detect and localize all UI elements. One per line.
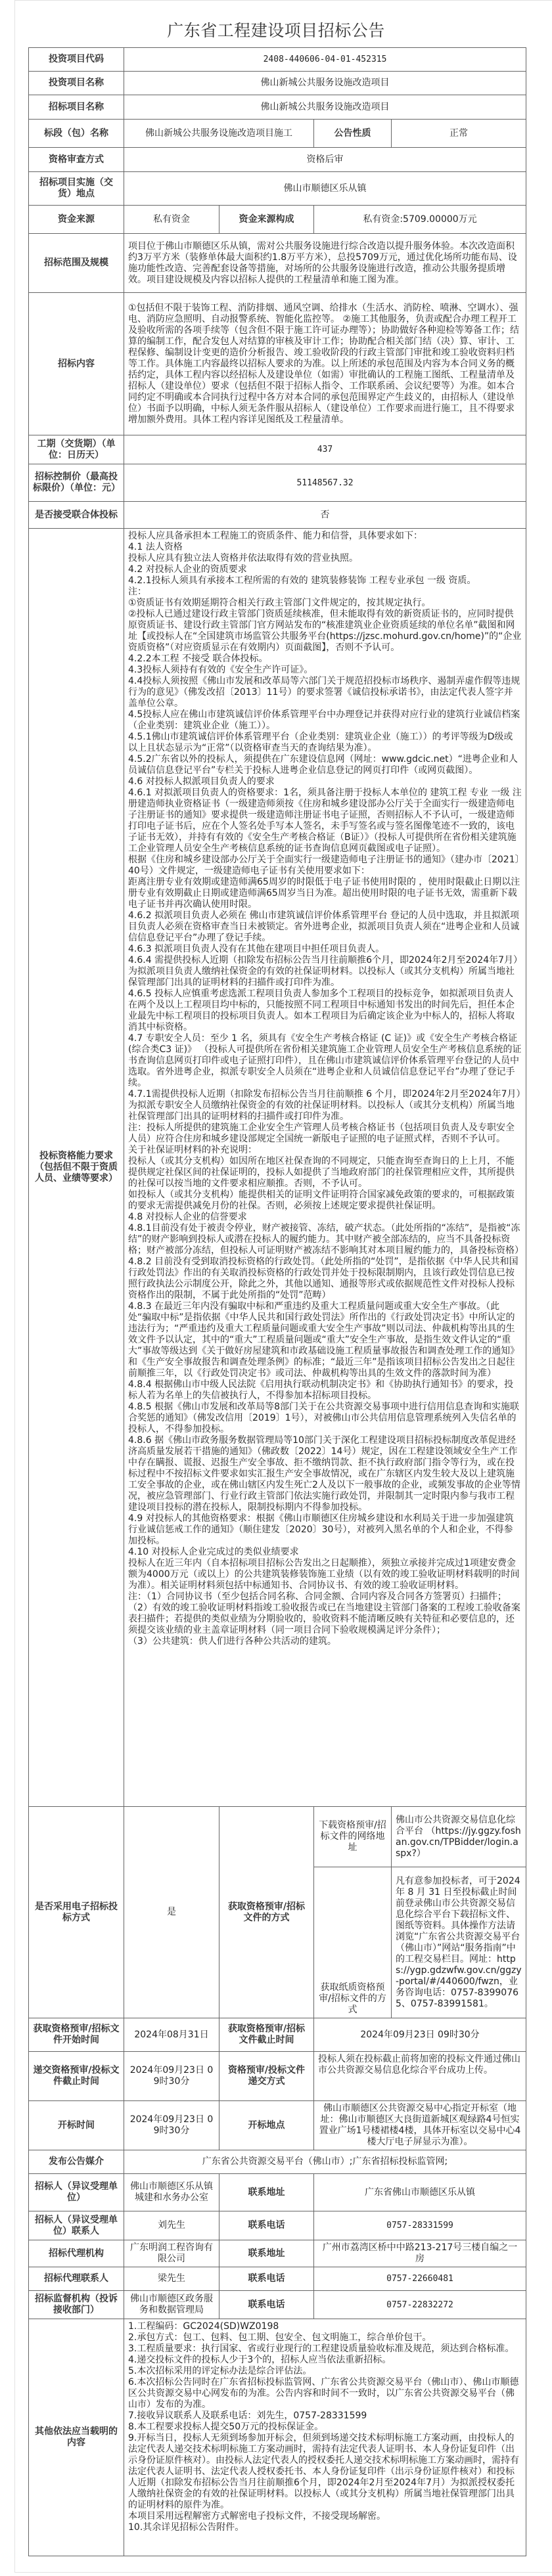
agency-phone-value: 0757-22660481 — [314, 2267, 526, 2291]
label: 标段（包）名称 — [29, 120, 124, 148]
label: 联系电话 — [219, 2267, 314, 2291]
paragraph: 如投标人（或其分支机构）能提供相关的证明文件证明符合国家减免政策的要求的，可根据… — [128, 1189, 522, 1212]
duration-value: 437 — [124, 435, 526, 464]
paragraph: 4.4投标人须按照《佛山市发展和改革局等六部门关于规范招投标市场秩序、遏制弄虚作… — [128, 676, 522, 709]
label: 获取资格预审/招标文件的方式 — [219, 1807, 314, 2018]
label: 招标项目名称 — [29, 95, 124, 120]
label: 招标项目实施（交货）地点 — [29, 172, 124, 206]
label: 资金来源构成 — [219, 206, 314, 234]
paragraph: 4.5.1佛山市建筑诚信评价体系管理平台（企业类别：建筑业企业（施工））的考评等… — [128, 732, 522, 754]
row-scope: 招标范围及规模 项目位于佛山市顺德区乐从镇，需对公共服务设施进行综合改造以提升服… — [29, 234, 526, 293]
opening-time-value: 2024年09月23日 09时30分 — [124, 2101, 219, 2150]
paragraph: 4.3投标人须持有有效的《安全生产许可证》。 — [128, 665, 522, 676]
paragraph: 4.6.5 投标人应慎重考虑选派工程项目负责人参加多个工程项目的投标竞争，如拟派… — [128, 988, 522, 1033]
requirements-paragraphs: 投标人应具备承担本工程施工的资质条件、能力和信誉，具体要求如下：4.1 法人资格… — [128, 531, 522, 1647]
paragraph: 4.2.2本工程 不接受 联合体投标。 — [128, 654, 522, 665]
paragraph: 注： — [128, 587, 522, 598]
download-address-value[interactable]: 佛山市公共资源交易信息化综合平台 （https://jy.ggzy.foshan… — [392, 1807, 526, 1867]
opening-place-value: 佛山市顺德区公共资源交易中心指定开标室（地址：佛山市顺德区大良街道新城区观绿路4… — [314, 2101, 526, 2150]
paragraph: 关于社保证明材料的补充说明： — [128, 1145, 522, 1156]
label: 资格审查方式 — [29, 148, 124, 172]
tenderer-address-value: 广东省佛山市顺德区乐从镇 — [314, 2174, 526, 2211]
paragraph: 根据《住房和城乡建设部办公厅关于全面实行一级建造师电子注册证书的通知》（建办市〔… — [128, 855, 522, 877]
paragraph: 8.本工程要求投标人提交50万元的投标保证金。 — [128, 2422, 522, 2433]
row-content: 招标内容 ①包括但不限于装饰工程、消防排烟、通风空调、给排水（生活水、消防栓、喷… — [29, 293, 526, 435]
paragraph: 9.开标当日，投标人无须到场参加开标会，但须到场递交技术标明标施工方案动画，由投… — [128, 2433, 522, 2511]
paragraph: 5.本次招标采用的评定标办法是综合评估法。 — [128, 2366, 522, 2377]
label: 投标资格能力要求（包括但不限于资质人员、业绩等要求） — [29, 529, 124, 1807]
row-consortium: 是否接受联合体投标 否 — [29, 502, 526, 529]
label: 资金来源 — [29, 206, 124, 234]
row-tender-project-name: 招标项目名称 佛山新城公共服务设施改造项目 — [29, 95, 526, 120]
other-paragraphs: 1.工程编码：GC2024(SD)WZ01982.承包方式：包工、包料、包工期、… — [128, 2321, 522, 2533]
agency-address-value: 广州市荔湾区桥中中路213-217号三楼自编之一房 — [314, 2240, 526, 2267]
row-project-name: 投资项目名称 佛山新城公共服务设施改造项目 — [29, 72, 526, 95]
tenderer-phone-value: 0757-28331599 — [314, 2211, 526, 2240]
paragraph: 4.5投标人应在佛山市建筑诚信评价体系管理平台中办理登记并获得对应行业的建筑行业… — [128, 709, 522, 732]
label: 公告性质 — [314, 120, 392, 148]
paragraph: 4.2.1投标人须具有承接本工程所需的有效的 建筑装修装饰 工程专业承包 一级 … — [128, 575, 522, 587]
label: 招标控制价（最高投标限价）（单位：元） — [29, 464, 124, 502]
paragraph: 6.本次招标公告同时在广东省招标投标监管网、广东省公共资源交易平台（佛山市）、佛… — [128, 2377, 522, 2410]
paragraph: 4.6.4 需提供投标人近期（扣除发布招标公告当月往前顺推6个月，即2024年2… — [128, 955, 522, 988]
label: 是否接受联合体投标 — [29, 502, 124, 529]
label: 获取资格预审/招标文件开始时间 — [29, 2018, 124, 2052]
paragraph: 4.6.2 拟派项目负责人必须在 佛山市建筑诚信评价体系管理平台 登记的人员中选… — [128, 910, 522, 944]
label: 工期（交货期）（单位：日历天） — [29, 435, 124, 464]
label: 开标地点 — [219, 2101, 314, 2150]
paragraph: 10.其余详见招标公告附件。 — [128, 2522, 522, 2533]
tenderer-contact-value: 刘先生 — [124, 2211, 219, 2240]
tender-notice-table: 投资项目代码 2408-440606-04-01-452315 投资项目名称 佛… — [28, 47, 526, 2556]
tender-project-name-value: 佛山新城公共服务设施改造项目 — [124, 95, 526, 120]
paragraph: 4.2 对投标人企业的资质要求 — [128, 564, 522, 575]
paragraph: 4.5.2广东省以外的投标人，须提供在广东建设信息网（网址：www.gdcic.… — [128, 754, 522, 776]
paragraph: 4.8.6 据《佛山市政务服务数据管理局等10部门关于深化工程建设项目招标投标制… — [128, 1435, 522, 1513]
paragraph: 投标人（或其分支机构）如因所在地区社保查询的不同规定，只能查询至查询日的上上月，… — [128, 1156, 522, 1189]
row-duration: 工期（交货期）（单位：日历天） 437 — [29, 435, 526, 464]
label: 获取资格预审/招标文件截止时间 — [219, 2018, 314, 2052]
row-control-price: 招标控制价（最高投标限价）（单位：元） 51148567.32 — [29, 464, 526, 502]
electronic-value: 是 — [124, 1807, 219, 2018]
funding-composition-value: 私有资金:5709.00000万元 — [314, 206, 526, 234]
paragraph: 4.1 法人资格 — [128, 542, 522, 553]
paragraph: 4.6 对投标人拟派项目负责人的要求 — [128, 776, 522, 788]
paragraph: 1.工程编码：GC2024(SD)WZ0198 — [128, 2321, 522, 2332]
label: 开标时间 — [29, 2101, 124, 2150]
label: 招标监督机构（投诉接收部门） — [29, 2291, 124, 2319]
paragraph: 4.8.1目前没有处于被责令停业，财产被接管、冻结，破产状态。（此处所指的“冻结… — [128, 1223, 522, 1256]
row-section-name: 标段（包）名称 佛山新城公共服务设施改造项目施工 公告性质 正常 — [29, 120, 526, 148]
consortium-value: 否 — [124, 502, 526, 529]
paragraph: （2）有效的竣工验收证明材料指竣工验收报告或已在当地建设主管部门备案的工程竣工验… — [128, 1603, 522, 1636]
row-agency: 招标代理机构 广东明润工程咨询有限公司 联系地址 广州市荔湾区桥中中路213-2… — [29, 2240, 526, 2267]
paragraph: ②投标人已通过建设行政主管部门资质延续核准，但未能取得有效的新资质证书的，应同时… — [128, 609, 522, 654]
row-electronic-download: 是否采用电子招标投标方式 是 获取资格预审/招标文件的方式 下载资格预审/招标文… — [29, 1807, 526, 1867]
label: 投资项目代码 — [29, 48, 124, 72]
project-code-value: 2408-440606-04-01-452315 — [124, 48, 526, 72]
row-project-code: 投资项目代码 2408-440606-04-01-452315 — [29, 48, 526, 72]
row-funding: 资金来源 私有资金 资金来源构成 私有资金:5709.00000万元 — [29, 206, 526, 234]
submission-deadline-value: 2024年09月23日 09时30分 — [124, 2052, 219, 2101]
paragraph: （3）公共建筑：供人们进行各种公共活动的建筑。 — [128, 1636, 522, 1647]
supervisor-phone-value: 0757-22832272 — [314, 2291, 526, 2319]
label: 发布公告媒介 — [29, 2150, 124, 2174]
paragraph: 距离注册专业有效期或建造师满65周岁的时限低于电子证书使用时限的 ，使用时限截止… — [128, 877, 522, 910]
paragraph: 投标人应具备承担本工程施工的资质条件、能力和信誉，具体要求如下： — [128, 531, 522, 542]
label: 联系地址 — [219, 2240, 314, 2267]
paper-method-value: 凡有意参加投标者，可于2024年 8 月 31 日至投标截止时间前登录佛山市公共… — [392, 1867, 526, 2018]
funding-source-value: 私有资金 — [124, 206, 219, 234]
paragraph: 3.工程质量要求：执行国家、省或行业现行的工程建设质量验收标准及规范，须达到合格… — [128, 2343, 522, 2355]
paragraph: 4.6.3 拟派项目负责人没有在其他在建项目中担任项目负责人。 — [128, 944, 522, 955]
label: 递交资格预审/投标文件截止时间 — [29, 2052, 124, 2101]
paragraph: 4.7.1需提供投标人近期（扣除发布招标公告当月往前顺推 6 个月，即2024年… — [128, 1089, 522, 1122]
row-tenderer-contact: 招标人（异议受理单位）联系人 刘先生 联系电话 0757-28331599 — [29, 2211, 526, 2240]
label: 资格预审/投标文件递交方式 — [219, 2052, 314, 2101]
paragraph: 2.承包方式：包工、包料、包工期、包安全、包文明施工，综合单价包干。 — [128, 2332, 522, 2343]
paragraph: 4.10 对投标人企业完成过的类似业绩要求 — [128, 1547, 522, 1558]
supervisor-value: 佛山市顺德区政务服务和数据管理局 — [124, 2291, 219, 2319]
page-title: 广东省工程建设项目招标公告 — [0, 20, 552, 42]
qualification-review-value: 资格后审 — [124, 148, 526, 172]
agency-contact-value: 梁先生 — [124, 2267, 219, 2291]
label: 下载资格预审/招标文件的网络地址 — [314, 1807, 392, 1867]
label: 联系电话 — [219, 2211, 314, 2240]
paragraph: 4.8.4 根据佛山市中级人民法院《启用执行联动机制决定书》和《协助执行通知书》… — [128, 1379, 522, 1402]
paragraph: 注：投标人所提供的建筑施工企业安全生产管理人员考核合格证书（包括项目负责人及专职… — [128, 1122, 522, 1145]
row-requirements: 投标资格能力要求（包括但不限于资质人员、业绩等要求） 投标人应具备承担本工程施工… — [29, 529, 526, 1807]
label: 招标人（异议受理单位） — [29, 2174, 124, 2211]
paragraph: 4.9 对投标人的其他资格要求：根据《佛山市顺德区住房城乡建设和水利局关于进一步… — [128, 1513, 522, 1547]
tenderer-value: 佛山市顺德区乐从镇城建和水务办公室 — [124, 2174, 219, 2211]
row-supervisor: 招标监督机构（投诉接收部门） 佛山市顺德区政务服务和数据管理局 联系电话 075… — [29, 2291, 526, 2319]
label: 招标内容 — [29, 293, 124, 435]
row-tenderer: 招标人（异议受理单位） 佛山市顺德区乐从镇城建和水务办公室 联系地址 广东省佛山… — [29, 2174, 526, 2211]
agency-value: 广东明润工程咨询有限公司 — [124, 2240, 219, 2267]
row-qualification-review: 资格审查方式 资格后审 — [29, 148, 526, 172]
paragraph: 7.接收异议联系人及联系电话：刘先生，0757-28331599 — [128, 2410, 522, 2422]
paragraph: 4.8.5 根据《佛山市发展和改革局等8部门关于在公共资源交易事项中进行信用信息… — [128, 1402, 522, 1435]
row-other: 其他依法应当载明的内容 1.工程编码：GC2024(SD)WZ01982.承包方… — [29, 2319, 526, 2556]
label: 招标范围及规模 — [29, 234, 124, 293]
paragraph: 4.递交投标文件的投标人少于3个的，招标人应当依法重新招标。 — [128, 2355, 522, 2366]
label: 招标代理联系人 — [29, 2267, 124, 2291]
paragraph: 投标人应具有独立法人资格并依法取得有效的营业执照。 — [128, 553, 522, 564]
row-agency-contact: 招标代理联系人 梁先生 联系电话 0757-22660481 — [29, 2267, 526, 2291]
label: 招标代理机构 — [29, 2240, 124, 2267]
location-value: 佛山市顺德区乐从镇 — [124, 172, 526, 206]
paragraph: 4.8 对投标人企业的信誉要求 — [128, 1212, 522, 1223]
label: 是否采用电子招标投标方式 — [29, 1807, 124, 2018]
requirements-value: 投标人应具备承担本工程施工的资质条件、能力和信誉，具体要求如下：4.1 法人资格… — [124, 529, 526, 1807]
section-name-value: 佛山新城公共服务设施改造项目施工 — [124, 120, 314, 148]
paragraph: 投标人在近三年内（自本招标项目招标公告发出之日起顺推），须独立承接并完成过1项建… — [128, 1558, 522, 1591]
label: 投资项目名称 — [29, 72, 124, 95]
row-submission: 递交资格预审/投标文件截止时间 2024年09月23日 09时30分 资格预审/… — [29, 2052, 526, 2101]
doc-end-value: 2024年09月23日 09时30分 — [314, 2018, 526, 2052]
media-value: 广东省公共资源交易平台（佛山市）;广东省招标投标监管网; — [124, 2150, 526, 2174]
paragraph: 4.6.1 对拟派项目负责人的资格要求：1名，须具备注册于投标人本单位的 建筑工… — [128, 788, 522, 855]
row-media: 发布公告媒介 广东省公共资源交易平台（佛山市）;广东省招标投标监管网; — [29, 2150, 526, 2174]
row-location: 招标项目实施（交货）地点 佛山市顺德区乐从镇 — [29, 172, 526, 206]
content-value: ①包括但不限于装饰工程、消防排烟、通风空调、给排水（生活水、消防栓、喷淋、空调水… — [124, 293, 526, 435]
label: 获取纸质资格预审/招标文件的方式 — [314, 1867, 392, 2018]
project-name-value: 佛山新城公共服务设施改造项目 — [124, 72, 526, 95]
label: 其他依法应当载明的内容 — [29, 2319, 124, 2556]
label: 联系地址 — [219, 2174, 314, 2211]
submission-method-value: 投标人须在投标截止前将加密的投标文件通过佛山市公共资源交易信息化综合平台成功上传… — [314, 2052, 526, 2101]
paragraph: 注：（1）合同协议书（至少包括合同名称、合同金额、合同内容及合同各方签署页）扫描… — [128, 1591, 522, 1603]
control-price-value: 51148567.32 — [124, 464, 526, 502]
paragraph: 4.8.2 目前没有受到取消投标资格的行政处罚。（此处所指的“处罚”，是指依据《… — [128, 1256, 522, 1301]
paragraph: 4.7 专职安全人员：至少 1 名，须具有《安全生产考核合格证 (C 证)》或《… — [128, 1033, 522, 1089]
label: 招标人（异议受理单位）联系人 — [29, 2211, 124, 2240]
scope-value: 项目位于佛山市顺德区乐从镇，需对公共服务设施进行综合改造以提升服务体验。本次改造… — [124, 234, 526, 293]
label: 联系电话 — [219, 2291, 314, 2319]
paragraph: 本项目采用远程解密方式解密电子投标文件，不接受现场解密。 — [128, 2511, 522, 2522]
doc-start-value: 2024年08月31日 — [124, 2018, 219, 2052]
paragraph: 4.8.3 在最近三年内没有骗取中标和严重违约及重大工程质量问题或重大安全生产事… — [128, 1301, 522, 1379]
notice-nature-value: 正常 — [392, 120, 526, 148]
row-doc-time: 获取资格预审/招标文件开始时间 2024年08月31日 获取资格预审/招标文件截… — [29, 2018, 526, 2052]
paragraph: ①资质证书有效期延期符合相关行政主管部门文件规定的，按其规定执行。 — [128, 598, 522, 609]
row-opening: 开标时间 2024年09月23日 09时30分 开标地点 佛山市顺德区公共资源交… — [29, 2101, 526, 2150]
other-value: 1.工程编码：GC2024(SD)WZ01982.承包方式：包工、包料、包工期、… — [124, 2319, 526, 2556]
